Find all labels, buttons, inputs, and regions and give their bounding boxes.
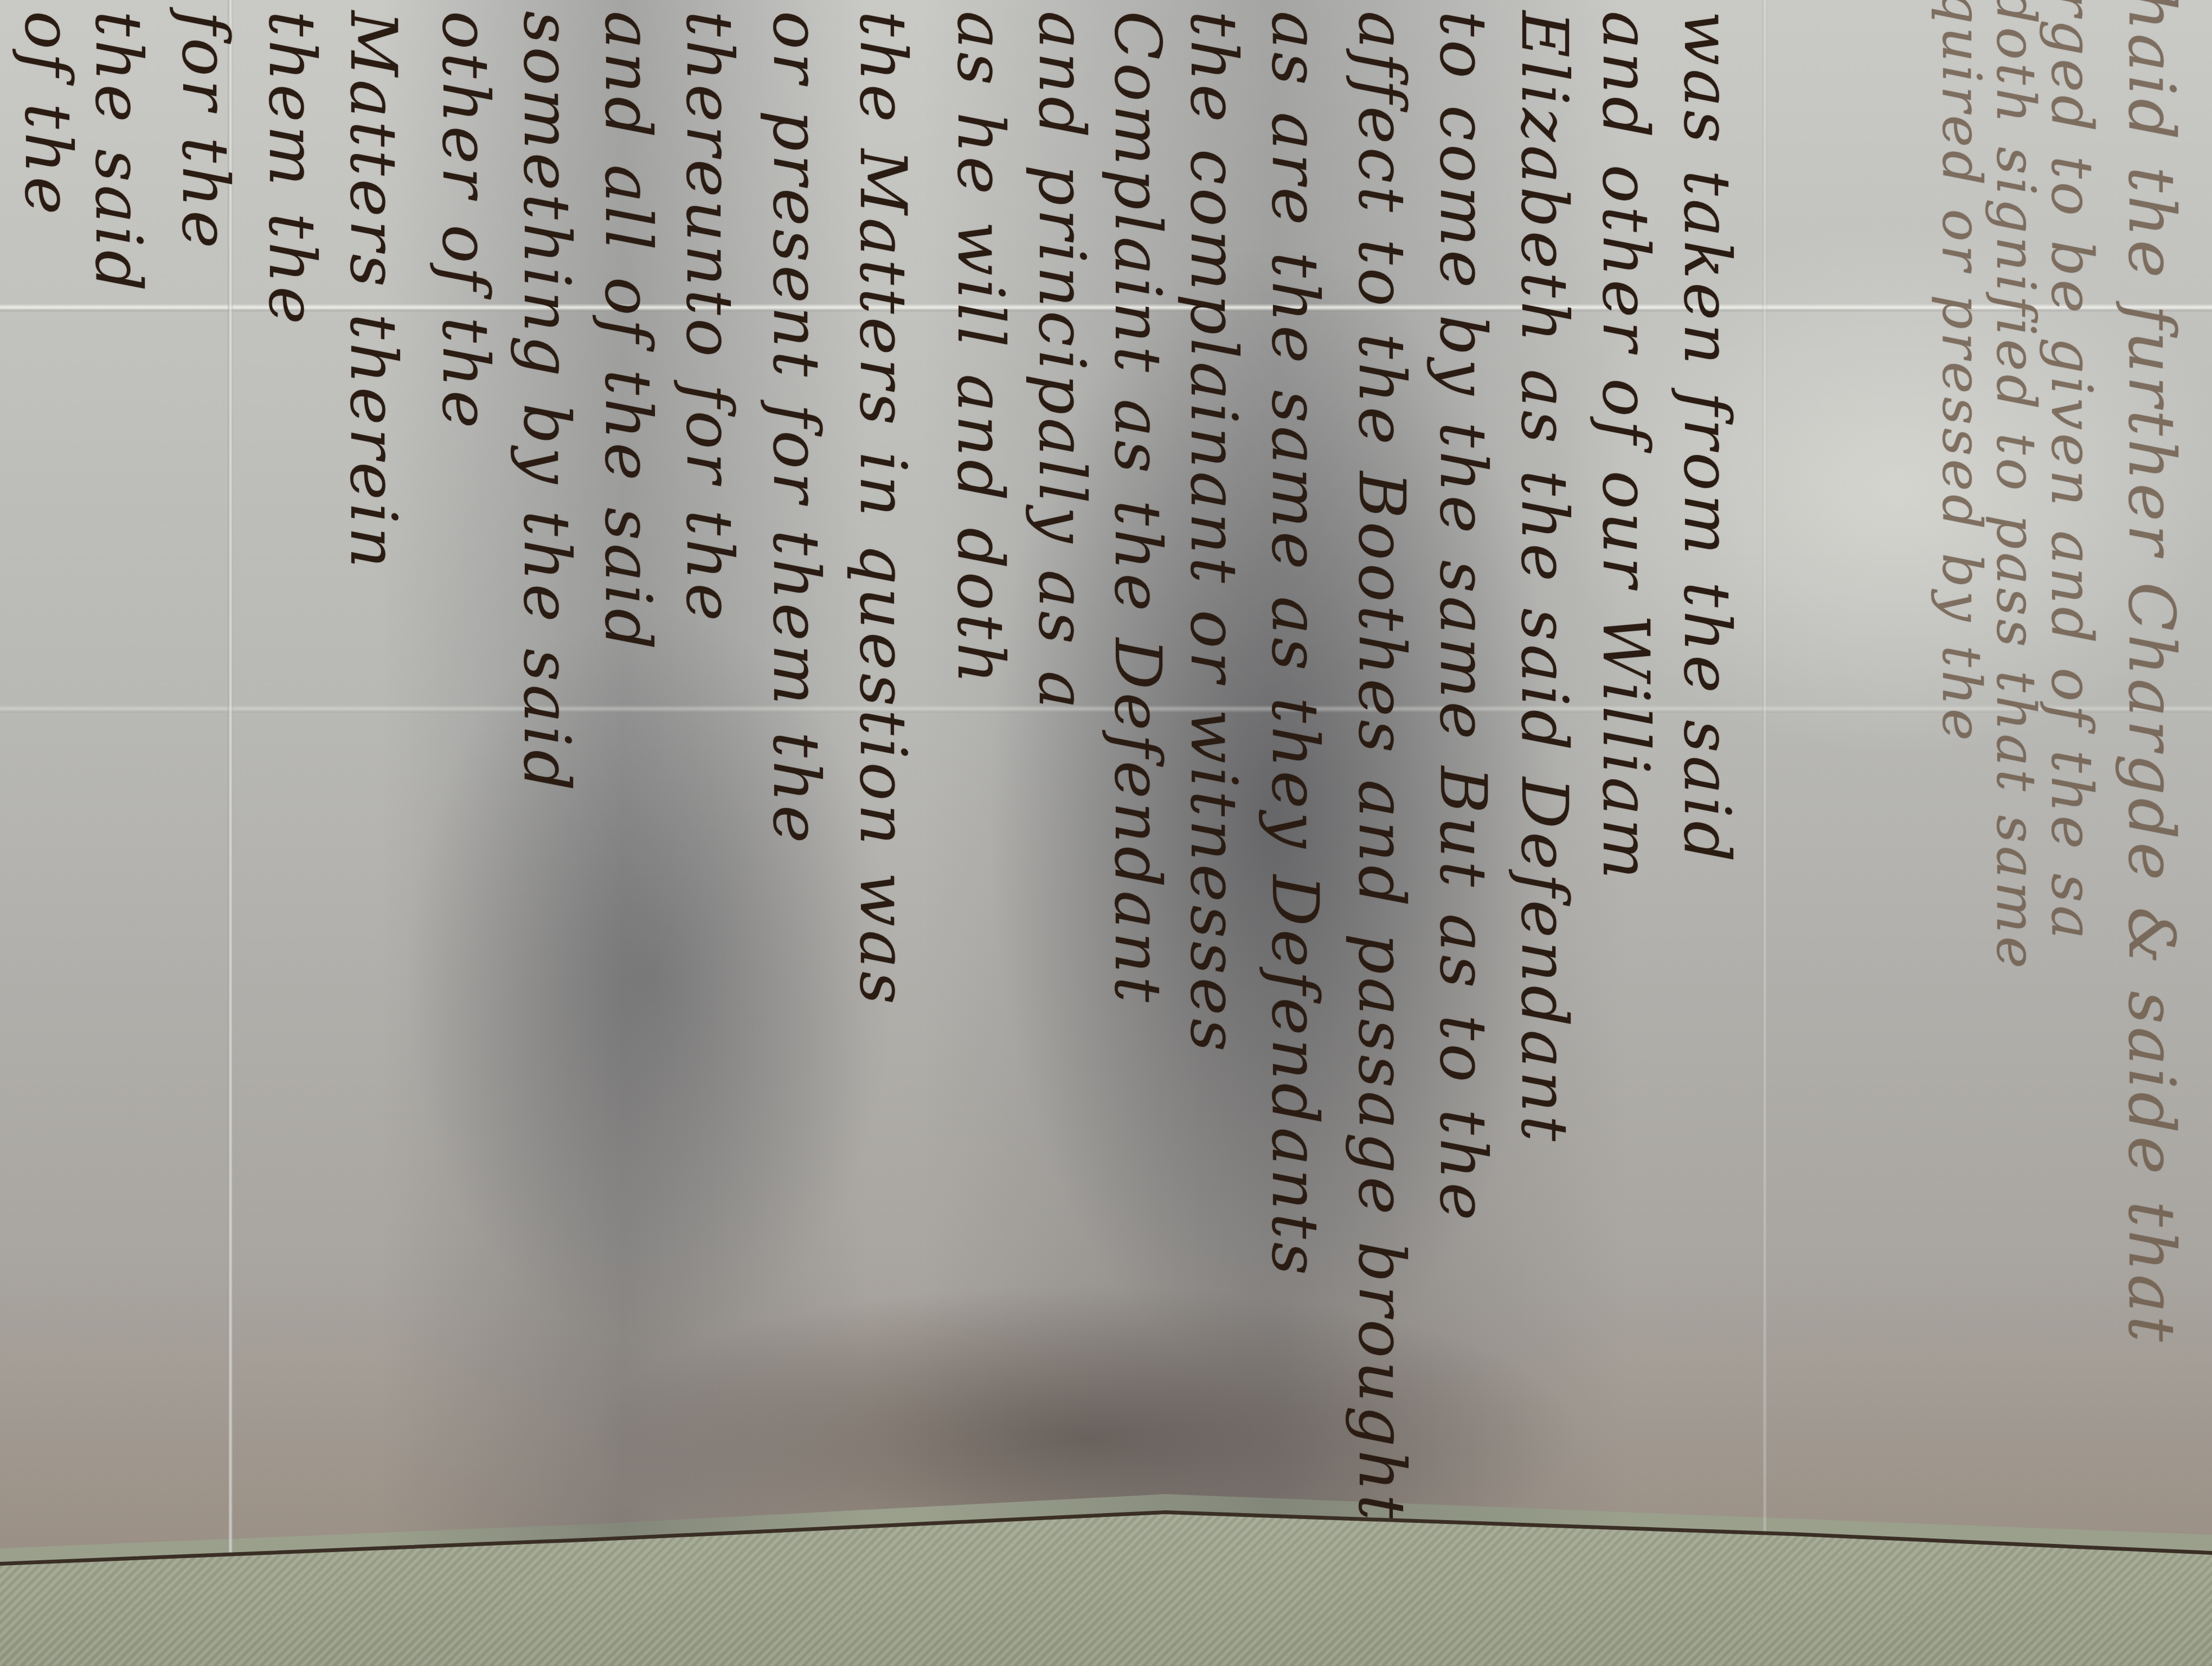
manuscript-line: Elizabeth as the said Defendant [1507,11,1582,1145]
manuscript-line: doth signified to pass that same [1984,0,2048,972]
manuscript-line: and all of the said [591,11,666,653]
manuscript-line: as he will and doth [943,11,1018,687]
manuscript-line: them the [255,11,330,328]
manuscript-line: for the [168,11,243,252]
manuscript-line: affect to the Boothes and passage brough… [1345,11,1419,1523]
manuscript-line: and other of our William [1589,11,1663,882]
manuscript-line: haid the further Chargde & saide that [2114,0,2189,1345]
manuscript-line: or present for them the [759,11,834,847]
manuscript-line: and principally as a [1025,11,1099,712]
manuscript-line: Matters therein [336,11,411,572]
manuscript-line: the said [81,11,156,294]
manuscript-line: Complaint as the Defendant [1101,11,1175,1005]
manuscript-line: as are the same as they Defendants [1258,11,1333,1278]
manuscript-line: the Matters in question was [846,11,921,1008]
manuscript-line: of the [11,11,86,217]
manuscript-line: something by the said [510,11,584,794]
manuscript-photo: haid the further Chargde & saide thatrge… [0,0,2212,1666]
manuscript-line: rged to be given and of the sa [2039,0,2105,943]
manuscript-line: was taken from the said [1670,11,1745,866]
manuscript-line: the complainant or witnesses [1176,11,1251,1055]
manuscript-line: quired or pressed by the [1930,0,1994,744]
manuscript-line: thereunto for the [672,11,747,624]
handwritten-text: haid the further Chargde & saide thatrge… [0,0,2212,1562]
manuscript-line: other of the [428,11,503,432]
manuscript-line: to come by the same But as to the [1426,11,1501,1223]
